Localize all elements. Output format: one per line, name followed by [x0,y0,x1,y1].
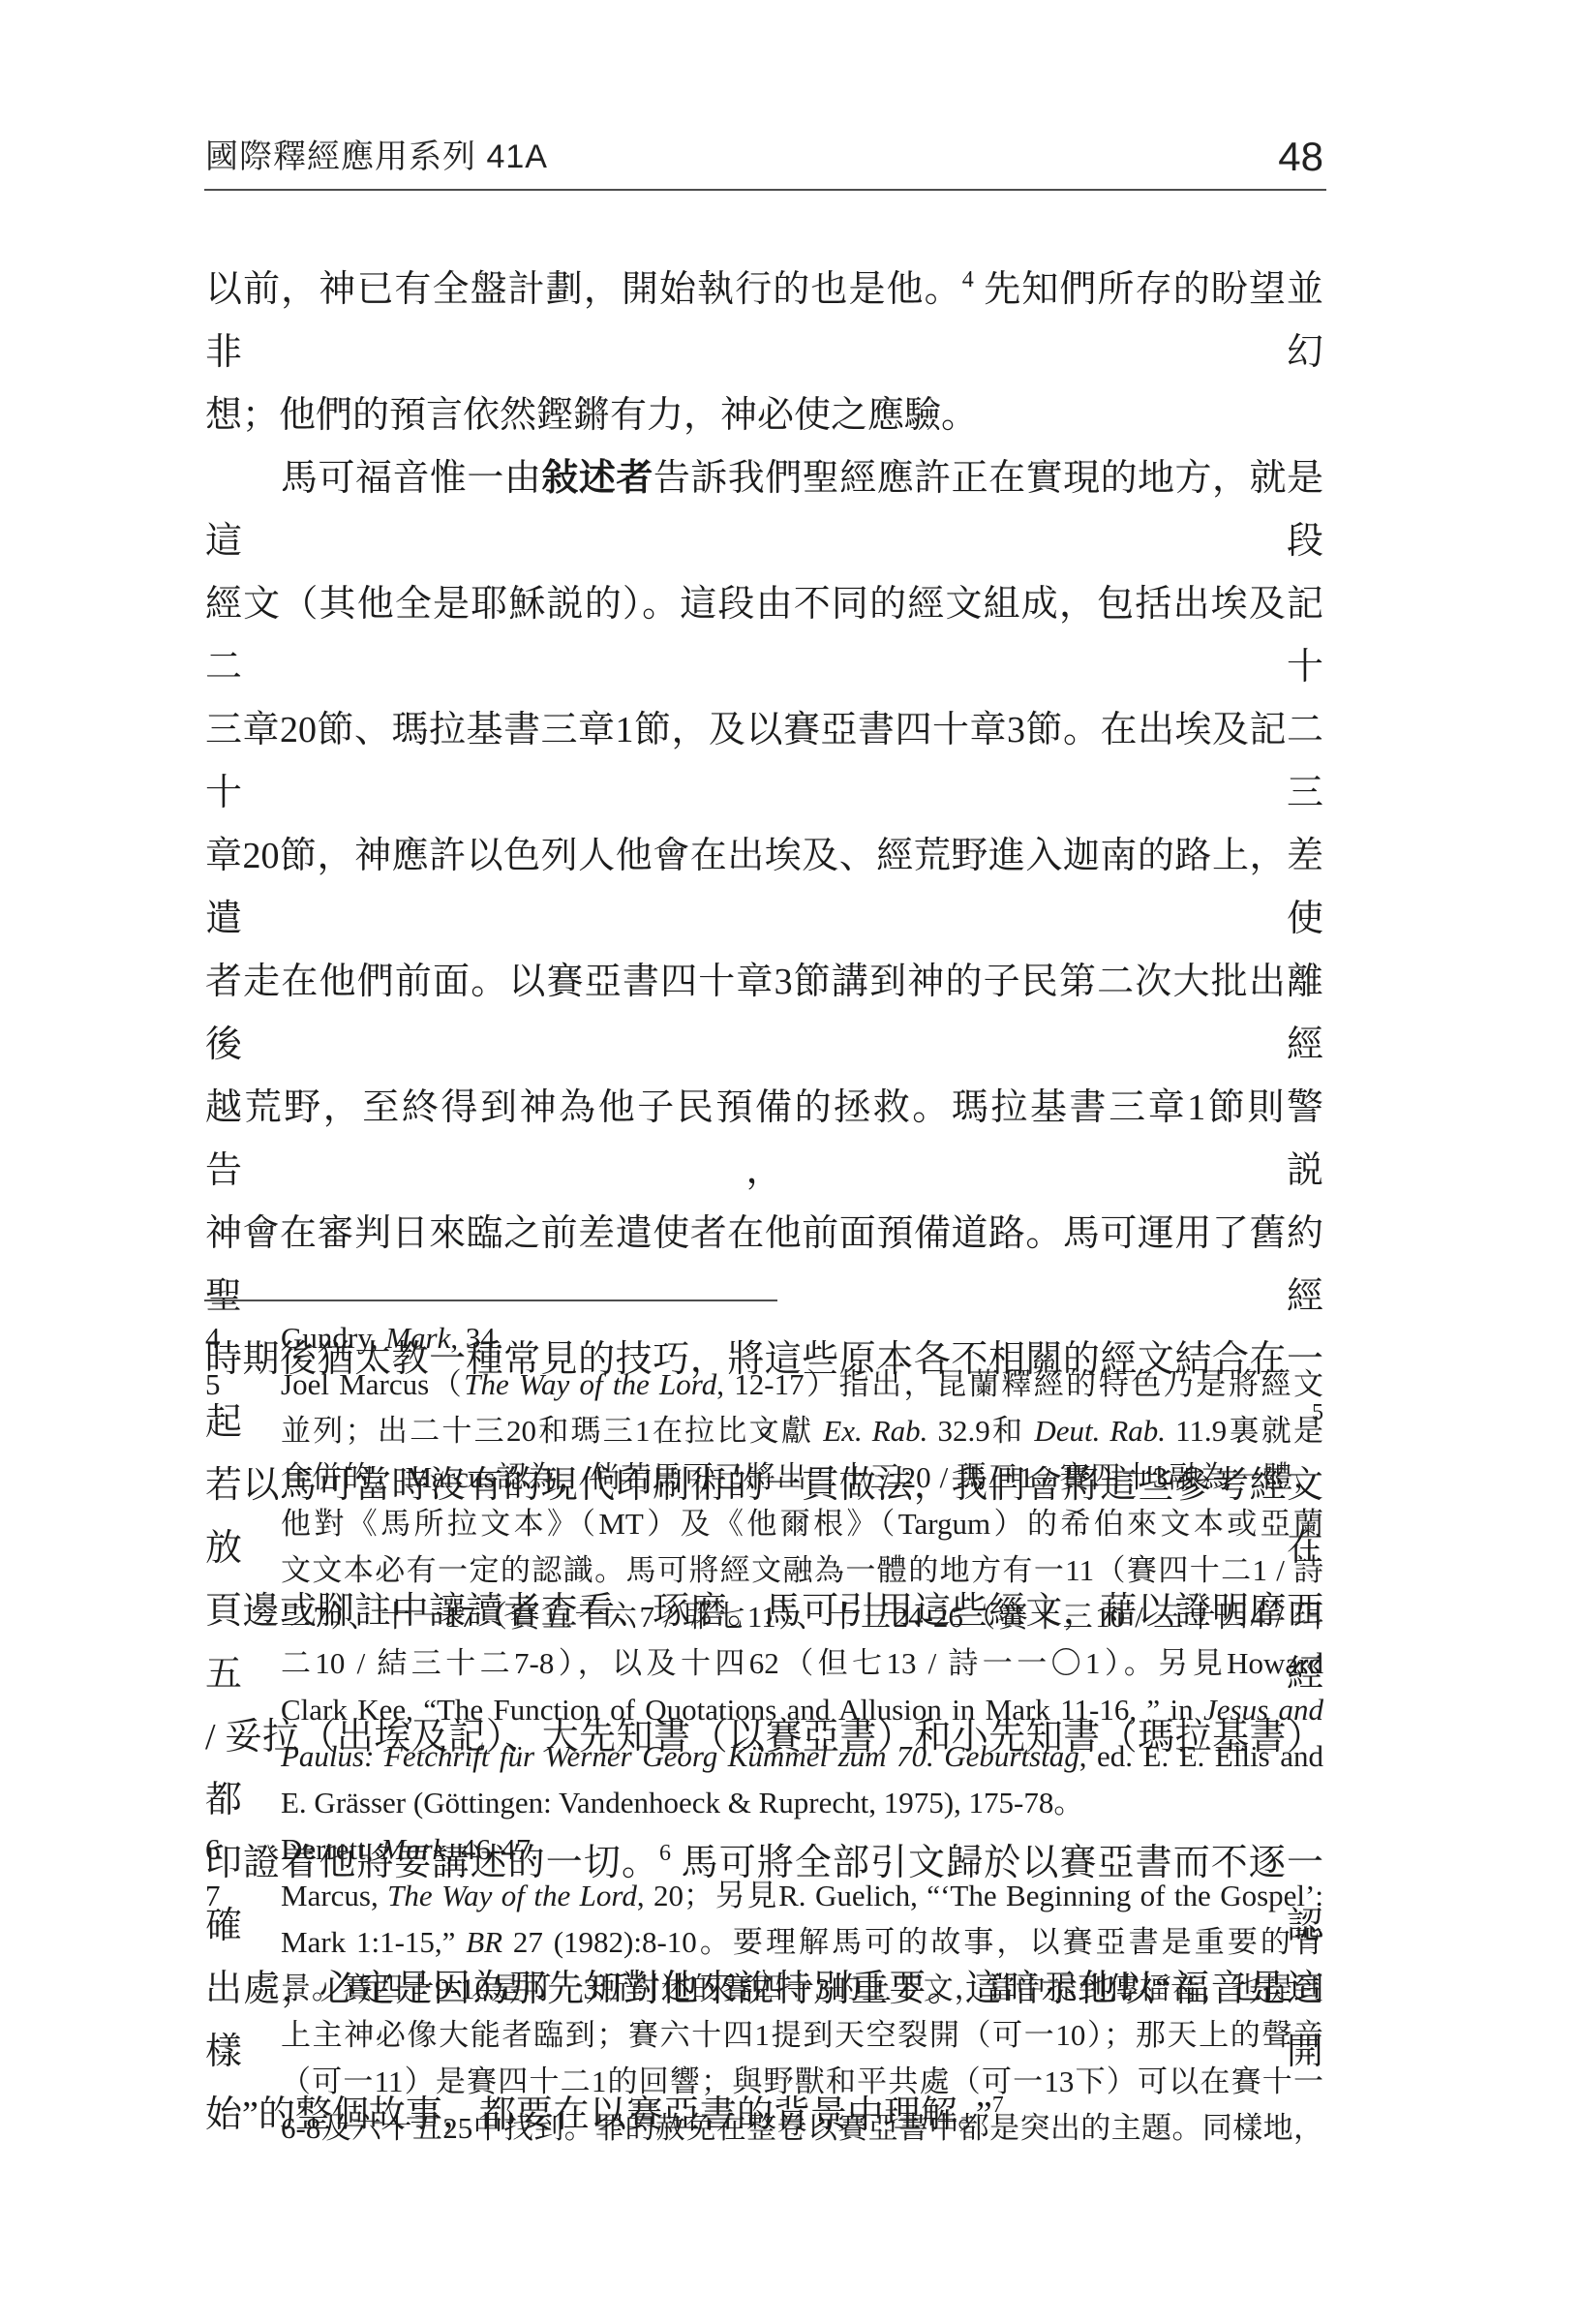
footnote-number: 5 [205,1361,221,1408]
text-segment: 想；他們的預言依然鏗鏘有力，神必使之應驗。 [205,395,978,436]
text-segment: Mark [380,1832,445,1866]
text-segment: Mark 1:1-15,” [281,1925,466,1959]
text-segment: 三章20節、瑪拉基書三章1節，及以賽亞書四十章3節。在出埃及記二十三 [205,710,1323,813]
footnote-separator [204,1300,777,1301]
footnote-line: 二7）、十一17（賽五十六7 / 耶七11）、十三24-26（賽十三10 / 三… [281,1594,1323,1640]
text-segment: , 34. [450,1321,502,1355]
text-segment: , ed. E. E. Ellis and [1079,1739,1323,1773]
text-segment: 經文（其他全是耶穌説的）。這段由不同的經文組成，包括出埃及記二十 [205,584,1323,688]
footnote-line: E. Grässer (Göttingen: Vandenhoeck & Rup… [281,1780,1323,1826]
footnote-text: Derrett, Mark, 46-47. [281,1826,1323,1873]
text-segment: Marcus, [281,1879,387,1912]
text-segment: Gundry, [281,1321,385,1355]
footnote-line: Mark 1:1-15,” BR 27 (1982):8-10。要理解馬可的故事… [281,1919,1323,1966]
text-segment: （可一11）是賽四十二1的回響；與野獸和平共處（可一13下）可以在賽十一 [281,2064,1323,2098]
text-segment: , 20；另見R. Guelich, “‘The Beginning of th… [637,1879,1323,1912]
text-segment: 合併的。Marcus認為，倘若馬可已將出二十三20 / 瑪三1 / 賽四十3融為… [281,1460,1323,1494]
text-segment: 6-8及六十五25中找到。罪的赦免在整卷以賽亞書中都是突出的主題。同樣地， [281,2111,1323,2145]
text-segment: 文文本必有一定的認識。馬可將經文融為一體的地方有一11（賽四十二1 / 詩 [281,1553,1323,1587]
text-segment: 越荒野，至終得到神為他子民預備的拯救。瑪拉基書三章1節則警告，説 [205,1087,1323,1191]
text-segment: , 46-47. [445,1832,538,1866]
body-line: 神會在審判日來臨之前差遣使者在他前面預備道路。馬可運用了舊約聖經 [205,1203,1323,1329]
series-title: 國際釋經應用系列 41A [205,138,548,176]
footnote-number: 7 [205,1873,221,1919]
footnote-line: 他對《馬所拉文本》（MT）及《他爾根》（Targum）的希伯來文本或亞蘭 [281,1501,1323,1547]
footnote-number: 4 [205,1315,221,1361]
footnote-line: 合併的。Marcus認為，倘若馬可已將出二十三20 / 瑪三1 / 賽四十3融為… [281,1454,1323,1501]
footnote-line: Gundry, Mark, 34. [281,1315,1323,1361]
footnote-line: （可一11）是賽四十二1的回響；與野獸和平共處（可一13下）可以在賽十一 [281,2059,1323,2105]
text-segment: The Way of the Lord [464,1367,716,1401]
body-line: 想；他們的預言依然鏗鏘有力，神必使之應驗。 [205,384,1323,447]
text-segment: 馬可福音惟一由 [281,458,541,499]
body-line: 章20節，神應許以色列人他會在出埃及、經荒野進入迦南的路上，差遣使 [205,825,1323,951]
text-segment: Jesus and [1203,1693,1323,1727]
body-line: 三章20節、瑪拉基書三章1節，及以賽亞書四十章3節。在出埃及記二十三 [205,699,1323,825]
text-segment: Paulus: Fetchrift für Werner Georg Kümme… [281,1739,1079,1773]
text-segment: 二7）、十一17（賽五十六7 / 耶七11）、十三24-26（賽十三10 / 三… [281,1600,1323,1634]
footnote-line: Clark Kee, “The Function of Quotations a… [281,1687,1323,1733]
body-line: 以前，神已有全盤計劃，開始執行的也是他。4 先知們所存的盼望並非幻 [205,259,1323,384]
footnote-reference: 4 [962,267,974,292]
footnote-line: Derrett, Mark, 46-47. [281,1826,1323,1873]
footnote-line: 景。賽四十9-10是可一3所引述的賽四十3的上下文，當中提到傳福音，也提到 [281,1966,1323,2012]
text-segment: BR [466,1925,502,1959]
footnote-text: Gundry, Mark, 34. [281,1315,1323,1361]
footnote-item: 6Derrett, Mark, 46-47. [205,1826,1323,1873]
footnote-item: 4Gundry, Mark, 34. [205,1315,1323,1361]
footnote-line: 二10 / 結三十二7-8），以及十四62（但七13 / 詩一一〇1）。另見Ho… [281,1640,1323,1687]
footnote-item: 7Marcus, The Way of the Lord, 20；另見R. Gu… [205,1873,1323,2152]
text-segment: The Way of the Lord [387,1879,637,1912]
text-segment: 32.9和 [927,1414,1034,1448]
body-line: 馬可福音惟一由敍述者告訴我們聖經應許正在實現的地方，就是這段 [205,447,1323,573]
footnote-item: 5Joel Marcus（The Way of the Lord, 12-17）… [205,1361,1323,1826]
text-segment: 二10 / 結三十二7-8），以及十四62（但七13 / 詩一一〇1）。另見Ho… [281,1646,1323,1680]
footnote-line: Paulus: Fetchrift für Werner Georg Kümme… [281,1733,1323,1780]
text-segment: 敍述者 [541,458,653,499]
footnote-line: 文文本必有一定的認識。馬可將經文融為一體的地方有一11（賽四十二1 / 詩 [281,1547,1323,1594]
footnote-text: Joel Marcus（The Way of the Lord, 12-17）指… [281,1361,1323,1826]
text-segment: 並列；出二十三20和瑪三1在拉比文獻 [281,1414,823,1448]
text-segment: Deut. Rab. [1034,1414,1166,1448]
footnote-line: 並列；出二十三20和瑪三1在拉比文獻 Ex. Rab. 32.9和 Deut. … [281,1408,1323,1454]
text-segment: Clark Kee, “The Function of Quotations a… [281,1693,1203,1727]
body-line: 者走在他們前面。以賽亞書四十章3節講到神的子民第二次大批出離後經 [205,951,1323,1077]
text-segment: 27 (1982):8-10。要理解馬可的故事，以賽亞書是重要的背 [502,1925,1323,1959]
footnote-number: 6 [205,1826,221,1873]
text-segment: Mark [385,1321,450,1355]
header-rule [204,189,1326,191]
text-segment: 他對《馬所拉文本》（MT）及《他爾根》（Targum）的希伯來文本或亞蘭 [281,1507,1323,1541]
text-segment: 11.9裏就是 [1166,1414,1323,1448]
footnote-line: Marcus, The Way of the Lord, 20；另見R. Gue… [281,1873,1323,1919]
book-page: 國際釋經應用系列 41A 48 以前，神已有全盤計劃，開始執行的也是他。4 先知… [0,0,1580,2324]
body-line: 經文（其他全是耶穌説的）。這段由不同的經文組成，包括出埃及記二十 [205,573,1323,699]
footnote-line: Joel Marcus（The Way of the Lord, 12-17）指… [281,1361,1323,1408]
text-segment: , 12-17）指出，昆蘭釋經的特色乃是將經文 [716,1367,1323,1401]
text-segment: Ex. Rab. [823,1414,927,1448]
footnotes: 4Gundry, Mark, 34.5Joel Marcus（The Way o… [205,1315,1323,2152]
footnote-line: 上主神必像大能者臨到；賽六十四1提到天空裂開（可一10）；那天上的聲音 [281,2012,1323,2059]
text-segment: 上主神必像大能者臨到；賽六十四1提到天空裂開（可一10）；那天上的聲音 [281,2018,1323,2052]
text-segment: Joel Marcus（ [281,1367,464,1401]
body-line: 越荒野，至終得到神為他子民預備的拯救。瑪拉基書三章1節則警告，説 [205,1077,1323,1203]
footnote-text: Marcus, The Way of the Lord, 20；另見R. Gue… [281,1873,1323,2152]
text-segment: 景。賽四十9-10是可一3所引述的賽四十3的上下文，當中提到傳福音，也提到 [281,1972,1323,2005]
footnote-line: 6-8及六十五25中找到。罪的赦免在整卷以賽亞書中都是突出的主題。同樣地， [281,2105,1323,2152]
text-segment: 者走在他們前面。以賽亞書四十章3節講到神的子民第二次大批出離後經 [205,962,1323,1065]
page-number: 48 [1278,136,1323,178]
text-segment: 以前，神已有全盤計劃，開始執行的也是他。 [205,269,962,310]
text-segment: E. Grässer (Göttingen: Vandenhoeck & Rup… [281,1786,1083,1819]
text-segment: 章20節，神應許以色列人他會在出埃及、經荒野進入迦南的路上，差遣使 [205,836,1323,939]
text-segment: Derrett, [281,1832,380,1866]
